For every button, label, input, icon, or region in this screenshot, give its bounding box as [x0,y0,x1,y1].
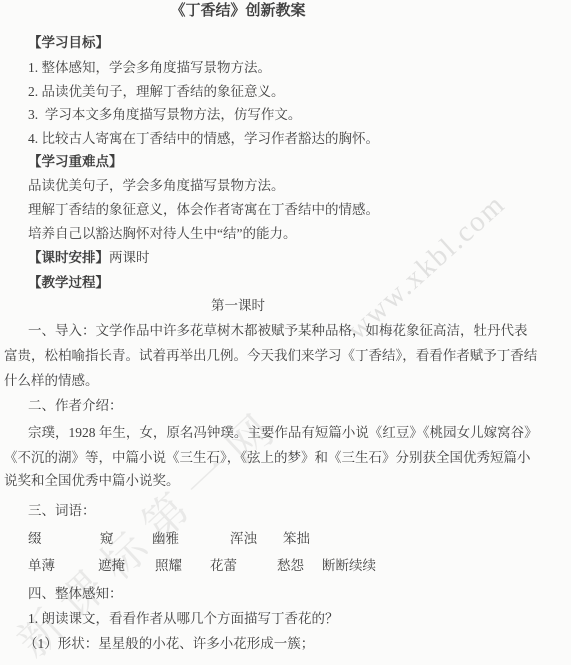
word-hunzhuo: 浑浊 [230,529,257,549]
schedule-value: 两课时 [109,250,150,265]
word-youya: 幽雅 [152,529,179,549]
goal-item-1: 1. 整体感知，学会多角度描写景物方法。 [28,58,547,78]
key-points-header: 【学习重难点】 [28,152,547,172]
words-row-2: 单薄 遮掩 照耀 花蕾 愁怨 断断续续 [28,556,571,576]
key-point-1: 品读优美句子，学会多角度描写景物方法。 [28,176,547,196]
word-zhui: 缀 [28,529,42,549]
words-row-1: 缀 窥 幽雅 浑浊 笨拙 [28,529,571,549]
goals-header: 【学习目标】 [28,33,547,53]
goal-item-4: 4. 比较古人寄寓在丁香结中的情感，学习作者豁达的胸怀。 [28,129,547,149]
process-header: 【教学过程】 [28,273,547,293]
key-point-3: 培养自己以豁达胸怀对待人生中“结”的能力。 [28,224,547,244]
word-zheyan: 遮掩 [98,556,125,576]
goal-item-3: 3. 学习本文多角度描写景物方法，仿写作文。 [28,105,547,125]
intro-line-1: 一、导入：文学作品中许多花草树木都被赋予某种品格，如梅花象征高洁，牡丹代表 [4,321,547,341]
doc-title: 《丁香结》创新教案 [0,1,476,21]
word-duanduanxuxu: 断断续续 [322,556,376,576]
word-hualei: 花蕾 [210,556,237,576]
document-page: 新课标第一网 www.xkbl.com 《丁香结》创新教案 【学习目标】 1. … [0,0,571,665]
word-chouyuan: 愁怨 [277,556,304,576]
schedule-header: 【课时安排】 [28,250,109,265]
author-line-2: 《不沉的湖》等，中篇小说《三生石》，《弦上的梦》和《三生石》分别获全国优秀短篇小 [4,448,547,468]
author-line-3: 说奖和全国优秀中篇小说奖。 [4,471,547,491]
lesson1-title: 第一课时 [0,296,476,316]
words-header: 三、词语： [28,501,547,521]
word-kui: 窥 [100,529,114,549]
question-1: 1. 朗读课文，看看作者从哪几个方面描写丁香花的？ [28,609,547,629]
goal-item-2: 2. 品读优美句子，理解丁香结的象征意义。 [28,82,547,102]
intro-line-3: 什么样的情感。 [4,371,547,391]
question-1-answer-1: （1）形状：星星般的小花、许多小花形成一簇； [24,634,547,654]
overall-header: 四、整体感知： [28,584,547,604]
schedule-line: 【课时安排】两课时 [28,248,547,268]
author-header: 二、作者介绍： [28,396,547,416]
word-danbo: 单薄 [28,556,55,576]
word-benzhuo: 笨拙 [283,529,310,549]
intro-line-2: 富贵，松柏喻指长青。试着再举出几例。今天我们来学习《丁香结》，看看作者赋予丁香结 [4,346,547,366]
word-zhaoyao: 照耀 [155,556,182,576]
author-line-1: 宗璞，1928 年生，女，原名冯钟璞。主要作品有短篇小说《红豆》《桃园女儿嫁窝谷… [4,423,547,443]
key-point-2: 理解丁香结的象征意义，体会作者寄寓在丁香结中的情感。 [28,200,547,220]
